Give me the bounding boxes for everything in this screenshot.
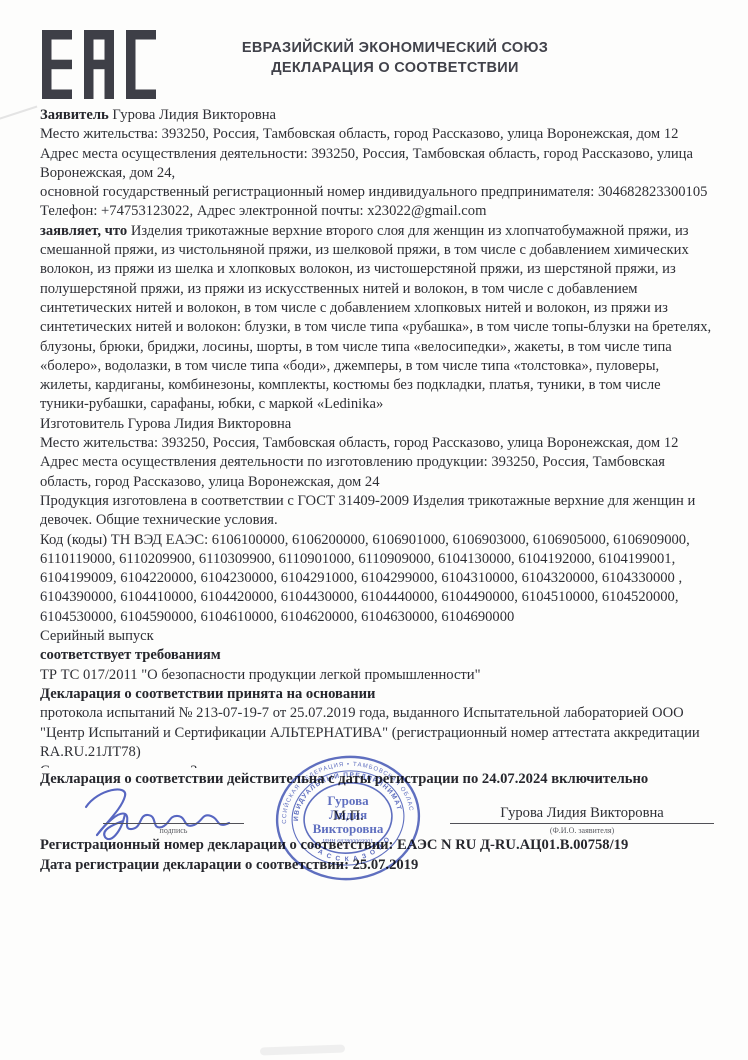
declaration-document-page: ЕВРАЗИЙСКИЙ ЭКОНОМИЧЕСКИЙ СОЮЗ ДЕКЛАРАЦИ… xyxy=(0,0,748,1060)
doc-paragraph: Место жительства: 393250, Россия, Тамбов… xyxy=(40,125,712,144)
doc-paragraph: основной государственный регистрационный… xyxy=(40,183,712,202)
doc-paragraph: заявляет, что Изделия трикотажные верхни… xyxy=(40,222,712,415)
signature-line xyxy=(103,823,244,824)
doc-paragraph: ТР ТС 017/2011 "О безопасности продукции… xyxy=(40,666,712,685)
round-stamp: РОССИЙСКАЯ ФЕДЕРАЦИЯ • ТАМБОВСКАЯ ОБЛАСТ… xyxy=(273,753,423,883)
doc-paragraph: Место жительства: 393250, Россия, Тамбов… xyxy=(40,434,712,453)
doc-paragraph: Декларация о соответствии принята на осн… xyxy=(40,685,712,704)
doc-paragraph: соответствует требованиям xyxy=(40,646,712,665)
doc-paragraph-lead: заявляет, что xyxy=(40,223,127,239)
title-line-union: ЕВРАЗИЙСКИЙ ЭКОНОМИЧЕСКИЙ СОЮЗ xyxy=(180,38,610,58)
stamp-name-line3: Викторовна xyxy=(313,821,384,836)
doc-paragraph: Продукция изготовлена в соответствии с Г… xyxy=(40,492,712,531)
doc-paragraph: Заявитель Гурова Лидия Викторовна xyxy=(40,106,712,125)
applicant-name-line xyxy=(450,823,714,824)
applicant-name-caption: (Ф.И.О. заявителя) xyxy=(450,826,714,835)
signature-caption: подпись xyxy=(103,826,244,835)
doc-paragraph: Телефон: +74753123022, Адрес электронной… xyxy=(40,202,712,221)
doc-paragraph: Адрес места осуществления деятельности: … xyxy=(40,145,712,184)
title-line-declaration: ДЕКЛАРАЦИЯ О СООТВЕТСТВИИ xyxy=(180,58,610,78)
doc-paragraph-lead: Заявитель xyxy=(40,107,109,123)
stamp-name-line2: Лидия xyxy=(329,807,367,822)
document-title: ЕВРАЗИЙСКИЙ ЭКОНОМИЧЕСКИЙ СОЮЗ ДЕКЛАРАЦИ… xyxy=(180,38,610,78)
doc-paragraph: Код (коды) ТН ВЭД ЕАЭС: 6106100000, 6106… xyxy=(40,531,712,627)
applicant-name: Гурова Лидия Викторовна xyxy=(450,805,714,822)
stamp-inn-text: ИНН 682800069901 xyxy=(323,839,374,845)
scan-artifact-bottom xyxy=(260,1045,345,1056)
stamp-name-line1: Гурова xyxy=(327,793,369,808)
doc-paragraph: Изготовитель Гурова Лидия Викторовна xyxy=(40,415,712,434)
document-body: Заявитель Гурова Лидия ВикторовнаМесто ж… xyxy=(40,106,712,768)
scan-artifact-top-left xyxy=(0,106,37,120)
doc-paragraph: Серийный выпуск xyxy=(40,627,712,646)
eac-logo xyxy=(42,30,156,99)
doc-paragraph: Адрес места осуществления деятельности п… xyxy=(40,453,712,492)
